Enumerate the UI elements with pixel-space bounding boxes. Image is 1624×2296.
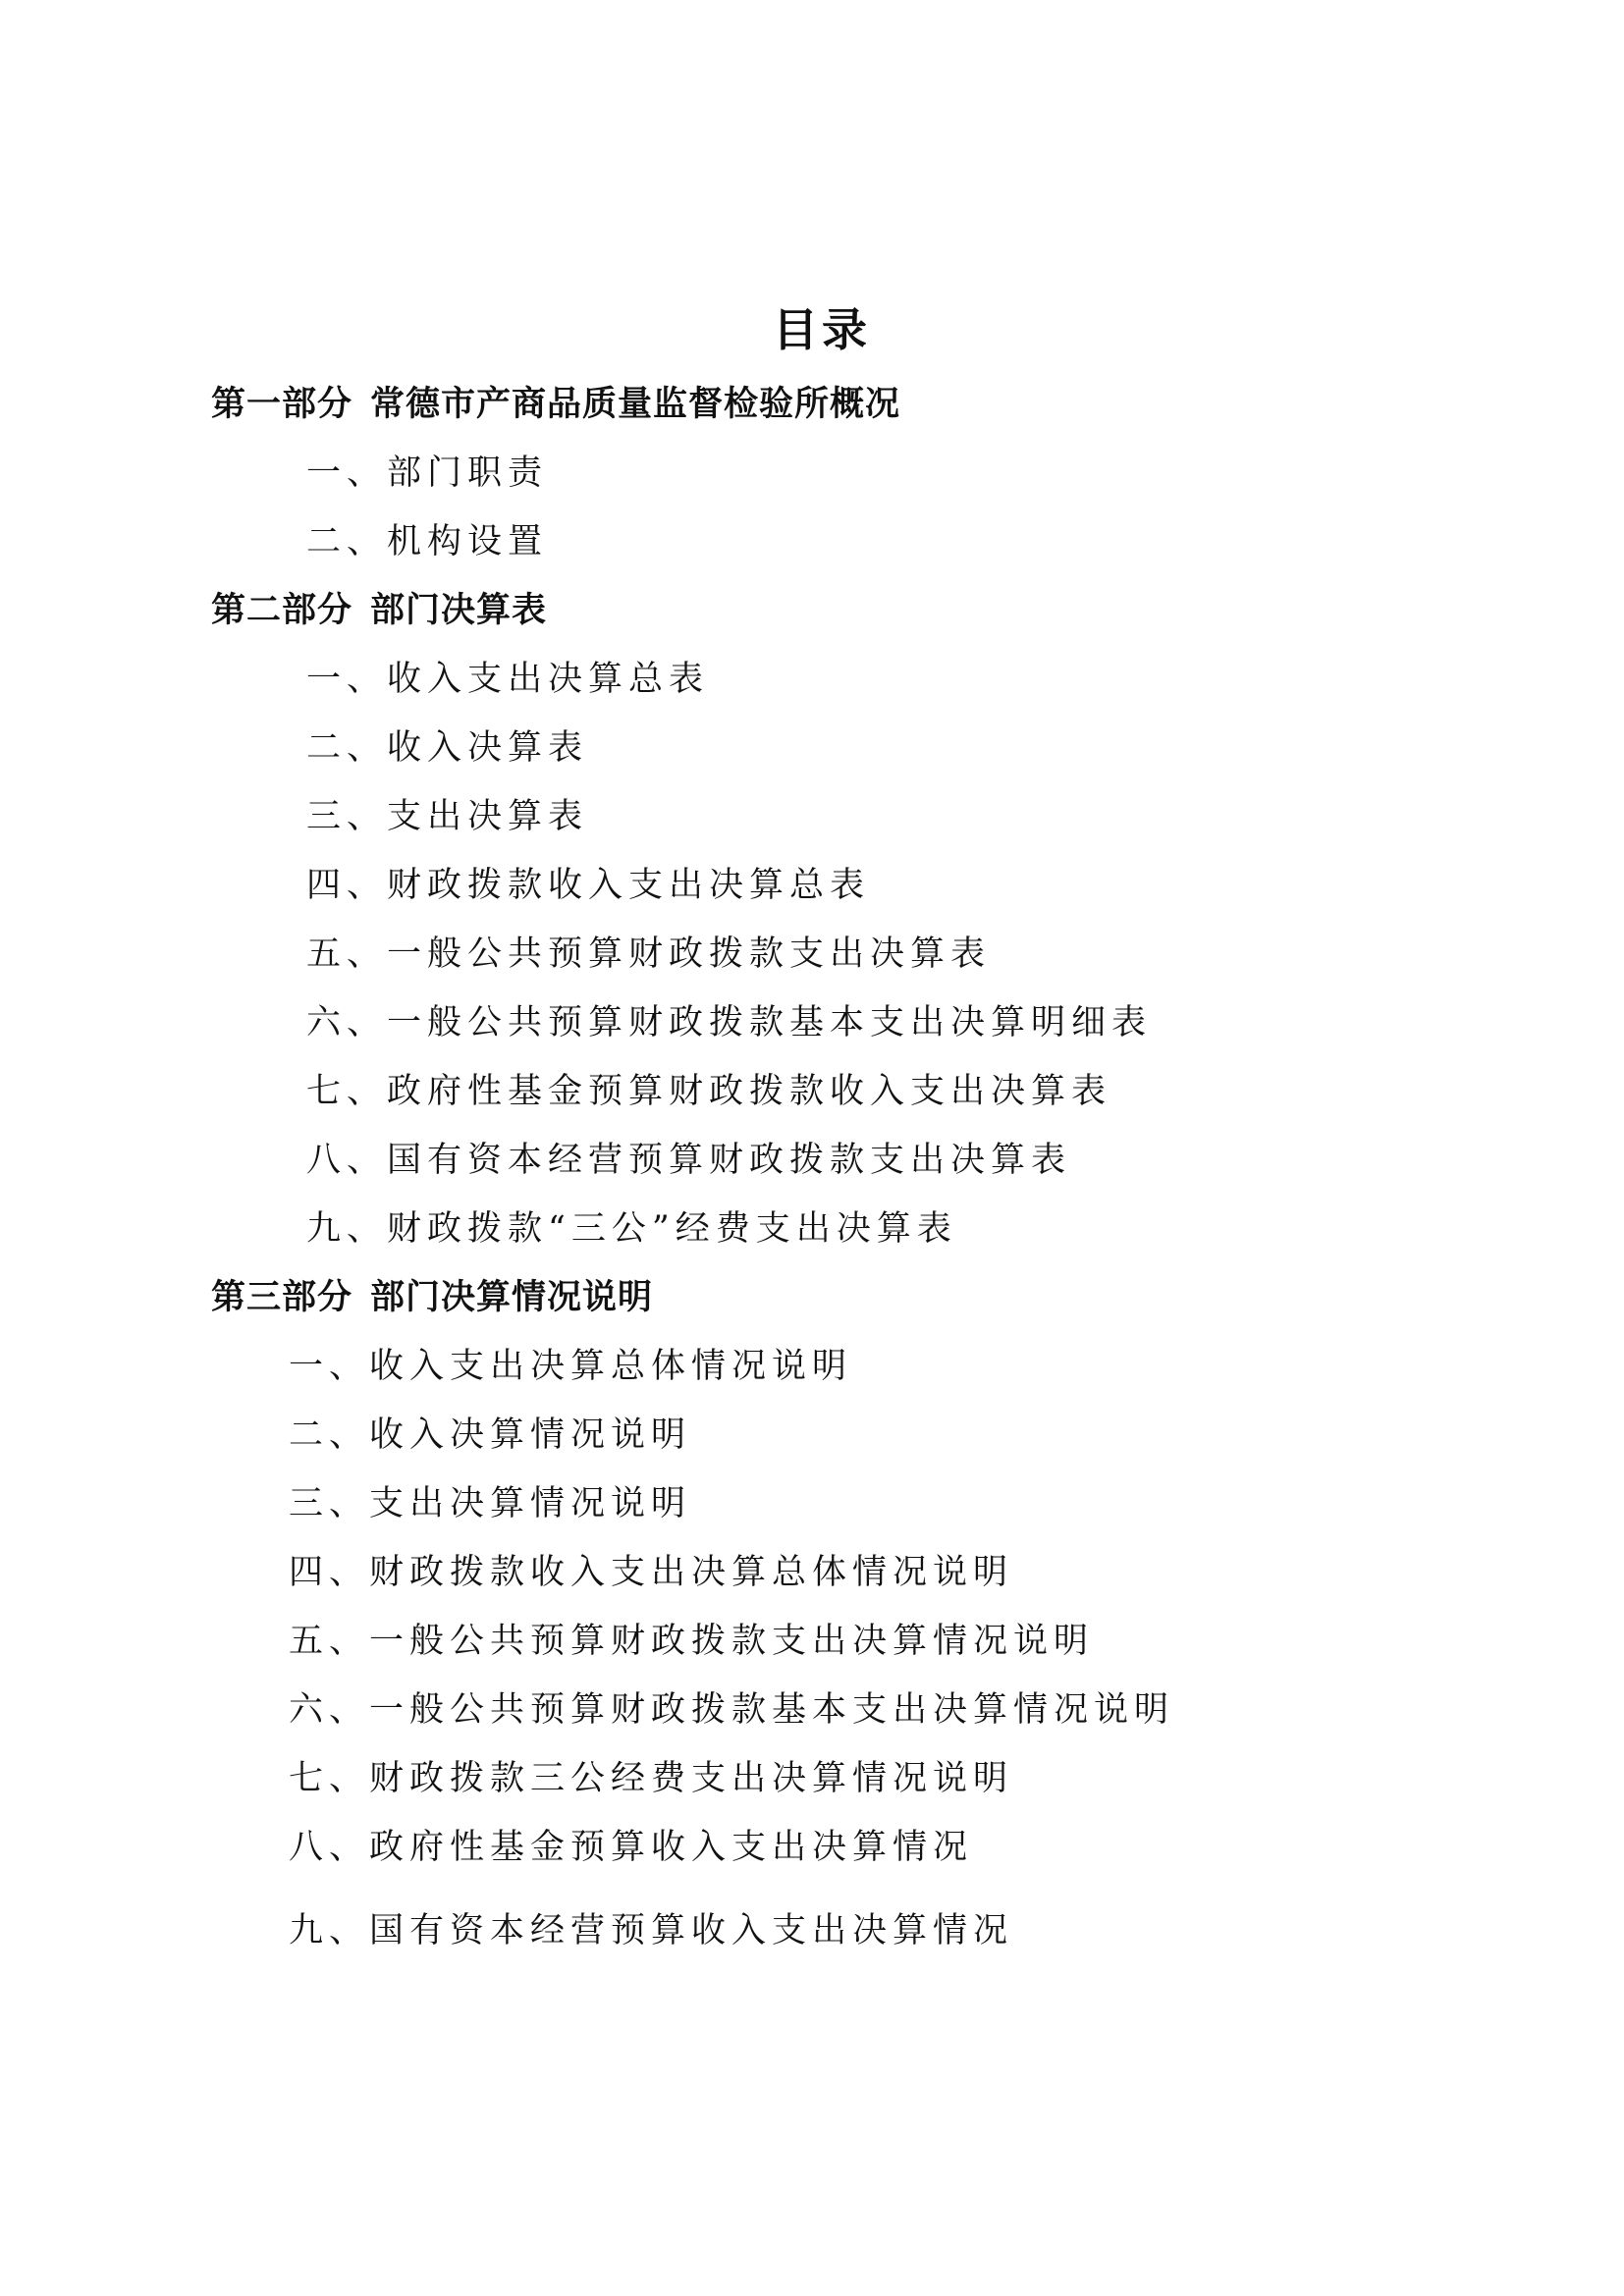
toc-entry[interactable]: 七、政府性基金预算财政拨款收入支出决算表: [306, 1070, 1111, 1113]
part-label: 第一部分: [211, 385, 352, 424]
entry-number: 二、: [306, 728, 387, 768]
toc-entry[interactable]: 六、一般公共预算财政拨款基本支出决算情况说明: [289, 1688, 1174, 1732]
toc-entry[interactable]: 二、机构设置: [306, 520, 548, 563]
entry-number: 二、: [306, 522, 387, 561]
entry-number: 八、: [289, 1828, 369, 1867]
toc-entry[interactable]: 四、财政拨款收入支出决算总体情况说明: [289, 1551, 1013, 1594]
entry-text: 一般公共预算财政拨款支出决算情况说明: [369, 1622, 1094, 1661]
entry-text: 国有资本经营预算收入支出决算情况: [369, 1911, 1013, 1950]
toc-entry[interactable]: 二、收入决算情况说明: [289, 1414, 691, 1457]
toc-entry[interactable]: 一、部门职责: [306, 452, 548, 495]
entry-number: 二、: [289, 1415, 369, 1455]
entry-number: 三、: [306, 797, 387, 836]
entry-text: 一般公共预算财政拨款基本支出决算情况说明: [369, 1690, 1174, 1730]
part-title: 部门决算表: [370, 591, 547, 630]
toc-entry[interactable]: 三、支出决算情况说明: [289, 1482, 691, 1525]
toc-entry[interactable]: 八、政府性基金预算收入支出决算情况: [289, 1826, 973, 1869]
entry-text: 一般公共预算财政拨款支出决算表: [387, 934, 991, 974]
toc-entry[interactable]: 九、国有资本经营预算收入支出决算情况: [289, 1909, 1013, 1952]
toc-entry[interactable]: 一、收入支出决算总表: [306, 658, 709, 701]
entry-number: 六、: [289, 1690, 369, 1730]
entry-text: 财政拨款“三公”经费支出决算表: [387, 1209, 957, 1249]
entry-number: 四、: [289, 1553, 369, 1592]
toc-part-2[interactable]: 第二部分部门决算表: [211, 589, 547, 632]
toc-entry[interactable]: 六、一般公共预算财政拨款基本支出决算明细表: [306, 1001, 1152, 1044]
entry-number: 一、: [289, 1347, 369, 1386]
entry-number: 五、: [289, 1622, 369, 1661]
entry-text: 财政拨款收入支出决算总表: [387, 866, 870, 905]
entry-number: 一、: [306, 660, 387, 699]
toc-entry[interactable]: 二、收入决算表: [306, 726, 588, 770]
toc-entry[interactable]: 五、一般公共预算财政拨款支出决算表: [306, 933, 991, 976]
entry-text: 政府性基金预算收入支出决算情况: [369, 1828, 973, 1867]
part-title: 常德市产商品质量监督检验所概况: [370, 385, 900, 424]
entry-text: 收入支出决算总表: [387, 660, 709, 699]
entry-number: 九、: [306, 1209, 387, 1249]
document-page: 目录 第一部分常德市产商品质量监督检验所概况 一、部门职责 二、机构设置 第二部…: [0, 0, 1624, 2296]
part-label: 第二部分: [211, 591, 352, 630]
entry-text: 部门职责: [387, 454, 548, 493]
toc-part-1[interactable]: 第一部分常德市产商品质量监督检验所概况: [211, 383, 900, 426]
entry-text: 支出决算情况说明: [369, 1484, 691, 1523]
part-label: 第三部分: [211, 1278, 352, 1317]
entry-text: 国有资本经营预算财政拨款支出决算表: [387, 1141, 1071, 1180]
entry-number: 九、: [289, 1911, 369, 1950]
entry-number: 四、: [306, 866, 387, 905]
toc-entry[interactable]: 七、财政拨款三公经费支出决算情况说明: [289, 1757, 1013, 1800]
toc-part-3[interactable]: 第三部分部门决算情况说明: [211, 1276, 653, 1319]
entry-number: 六、: [306, 1003, 387, 1042]
toc-entry[interactable]: 五、一般公共预算财政拨款支出决算情况说明: [289, 1620, 1094, 1663]
entry-number: 七、: [289, 1759, 369, 1798]
entry-text: 支出决算表: [387, 797, 588, 836]
toc-entry[interactable]: 三、支出决算表: [306, 795, 588, 838]
entry-text: 机构设置: [387, 522, 548, 561]
entry-number: 三、: [289, 1484, 369, 1523]
toc-entry[interactable]: 九、财政拨款“三公”经费支出决算表: [306, 1207, 957, 1251]
entry-text: 财政拨款三公经费支出决算情况说明: [369, 1759, 1013, 1798]
entry-number: 七、: [306, 1072, 387, 1111]
entry-number: 一、: [306, 454, 387, 493]
entry-number: 八、: [306, 1141, 387, 1180]
toc-entry[interactable]: 四、财政拨款收入支出决算总表: [306, 864, 870, 907]
entry-number: 五、: [306, 934, 387, 974]
toc-entry[interactable]: 八、国有资本经营预算财政拨款支出决算表: [306, 1139, 1071, 1182]
entry-text: 收入决算表: [387, 728, 588, 768]
part-title: 部门决算情况说明: [370, 1278, 653, 1317]
entry-text: 政府性基金预算财政拨款收入支出决算表: [387, 1072, 1111, 1111]
toc-title: 目录: [0, 294, 1624, 359]
entry-text: 收入支出决算总体情况说明: [369, 1347, 852, 1386]
entry-text: 一般公共预算财政拨款基本支出决算明细表: [387, 1003, 1152, 1042]
entry-text: 收入决算情况说明: [369, 1415, 691, 1455]
toc-entry[interactable]: 一、收入支出决算总体情况说明: [289, 1345, 852, 1388]
entry-text: 财政拨款收入支出决算总体情况说明: [369, 1553, 1013, 1592]
